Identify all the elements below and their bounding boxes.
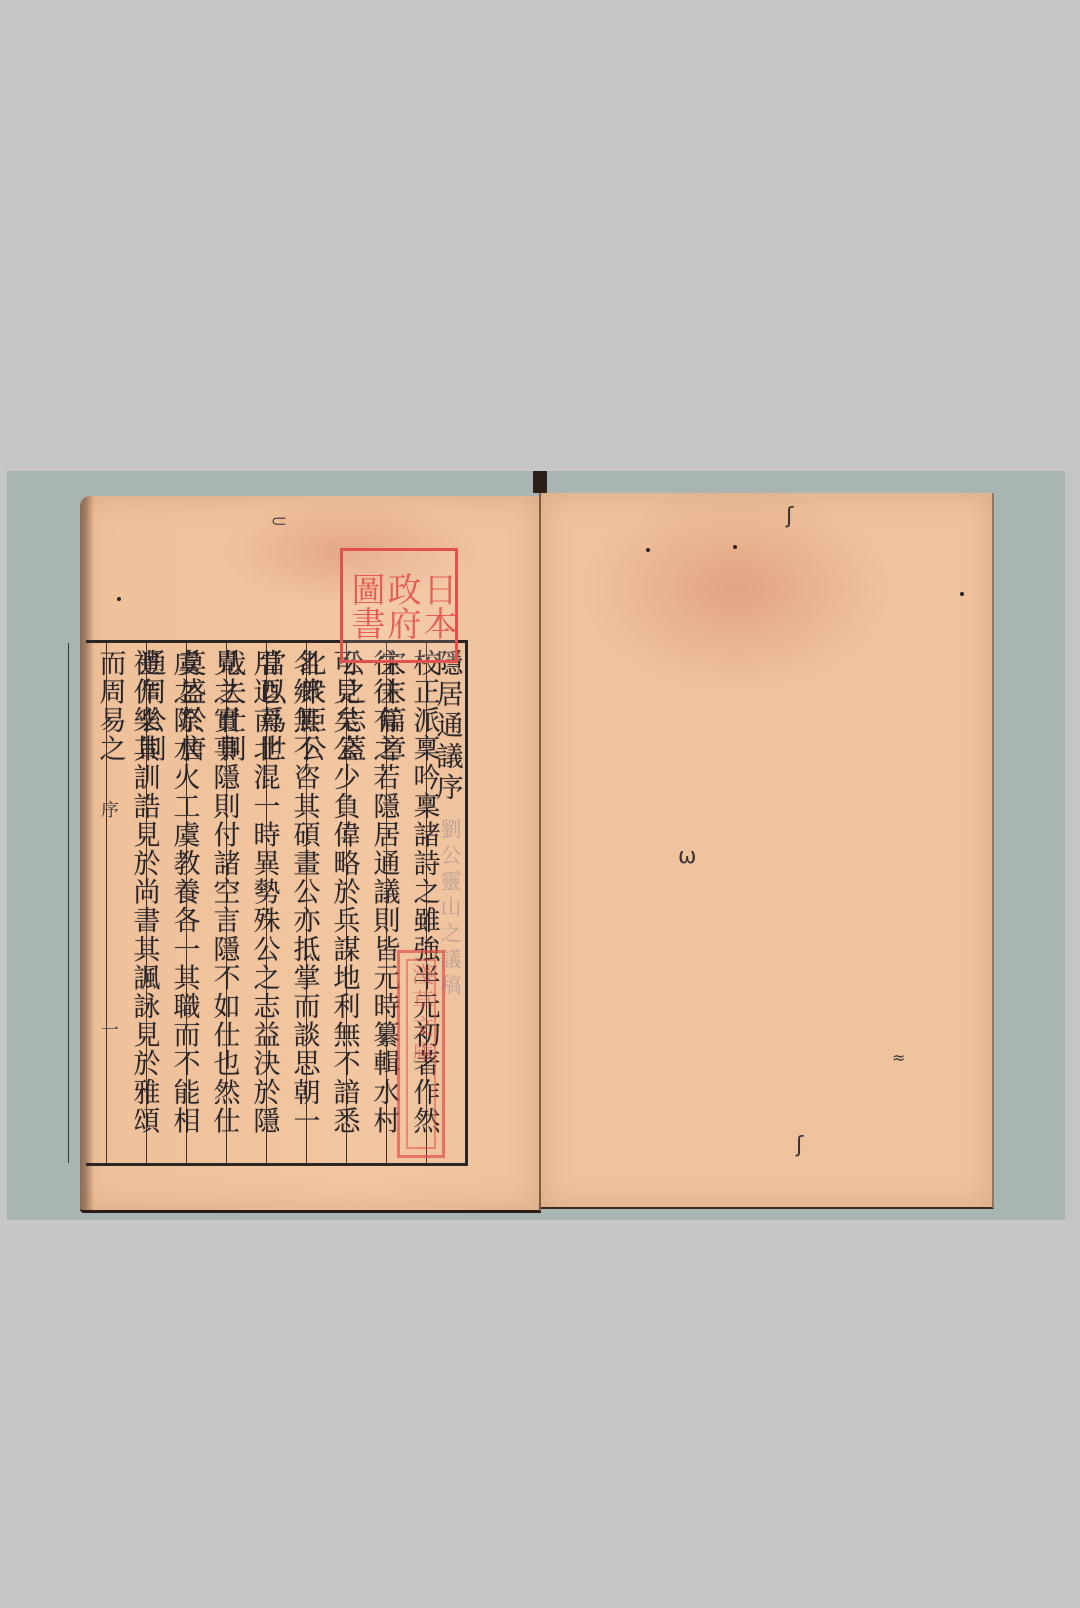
seal-chars: 政府 [383, 555, 419, 656]
seal-chars: 日本 [419, 555, 455, 656]
speck [646, 548, 650, 552]
wormhole-mark: ʃ [796, 1135, 803, 1157]
text-column-empty [68, 643, 107, 1163]
seal-asakusa-bunko: 淺草文庫 [397, 950, 445, 1158]
wormhole-mark: ⸦ [268, 512, 290, 534]
text-column: 禮作樂其訓誥見於尚書其諷詠見於雅頌而周易之 [106, 643, 146, 1163]
wormhole-mark: ≈ [892, 1050, 905, 1066]
spine-tab [533, 471, 547, 493]
speck [117, 597, 121, 601]
wormhole-mark: ʃ [786, 506, 793, 528]
seal-nihon-seifu-tosho: 圖書 政府 日本 [340, 548, 458, 663]
page-gutter [539, 493, 541, 1211]
speck [733, 545, 737, 549]
speck [960, 592, 964, 596]
seal-chars: 圖書 [347, 555, 383, 656]
seal-inner-border [406, 959, 436, 1149]
right-page [541, 493, 994, 1209]
scan-edge-strip [1065, 471, 1073, 1220]
water-stain [581, 483, 891, 693]
wormhole-mark: ω [678, 846, 696, 868]
